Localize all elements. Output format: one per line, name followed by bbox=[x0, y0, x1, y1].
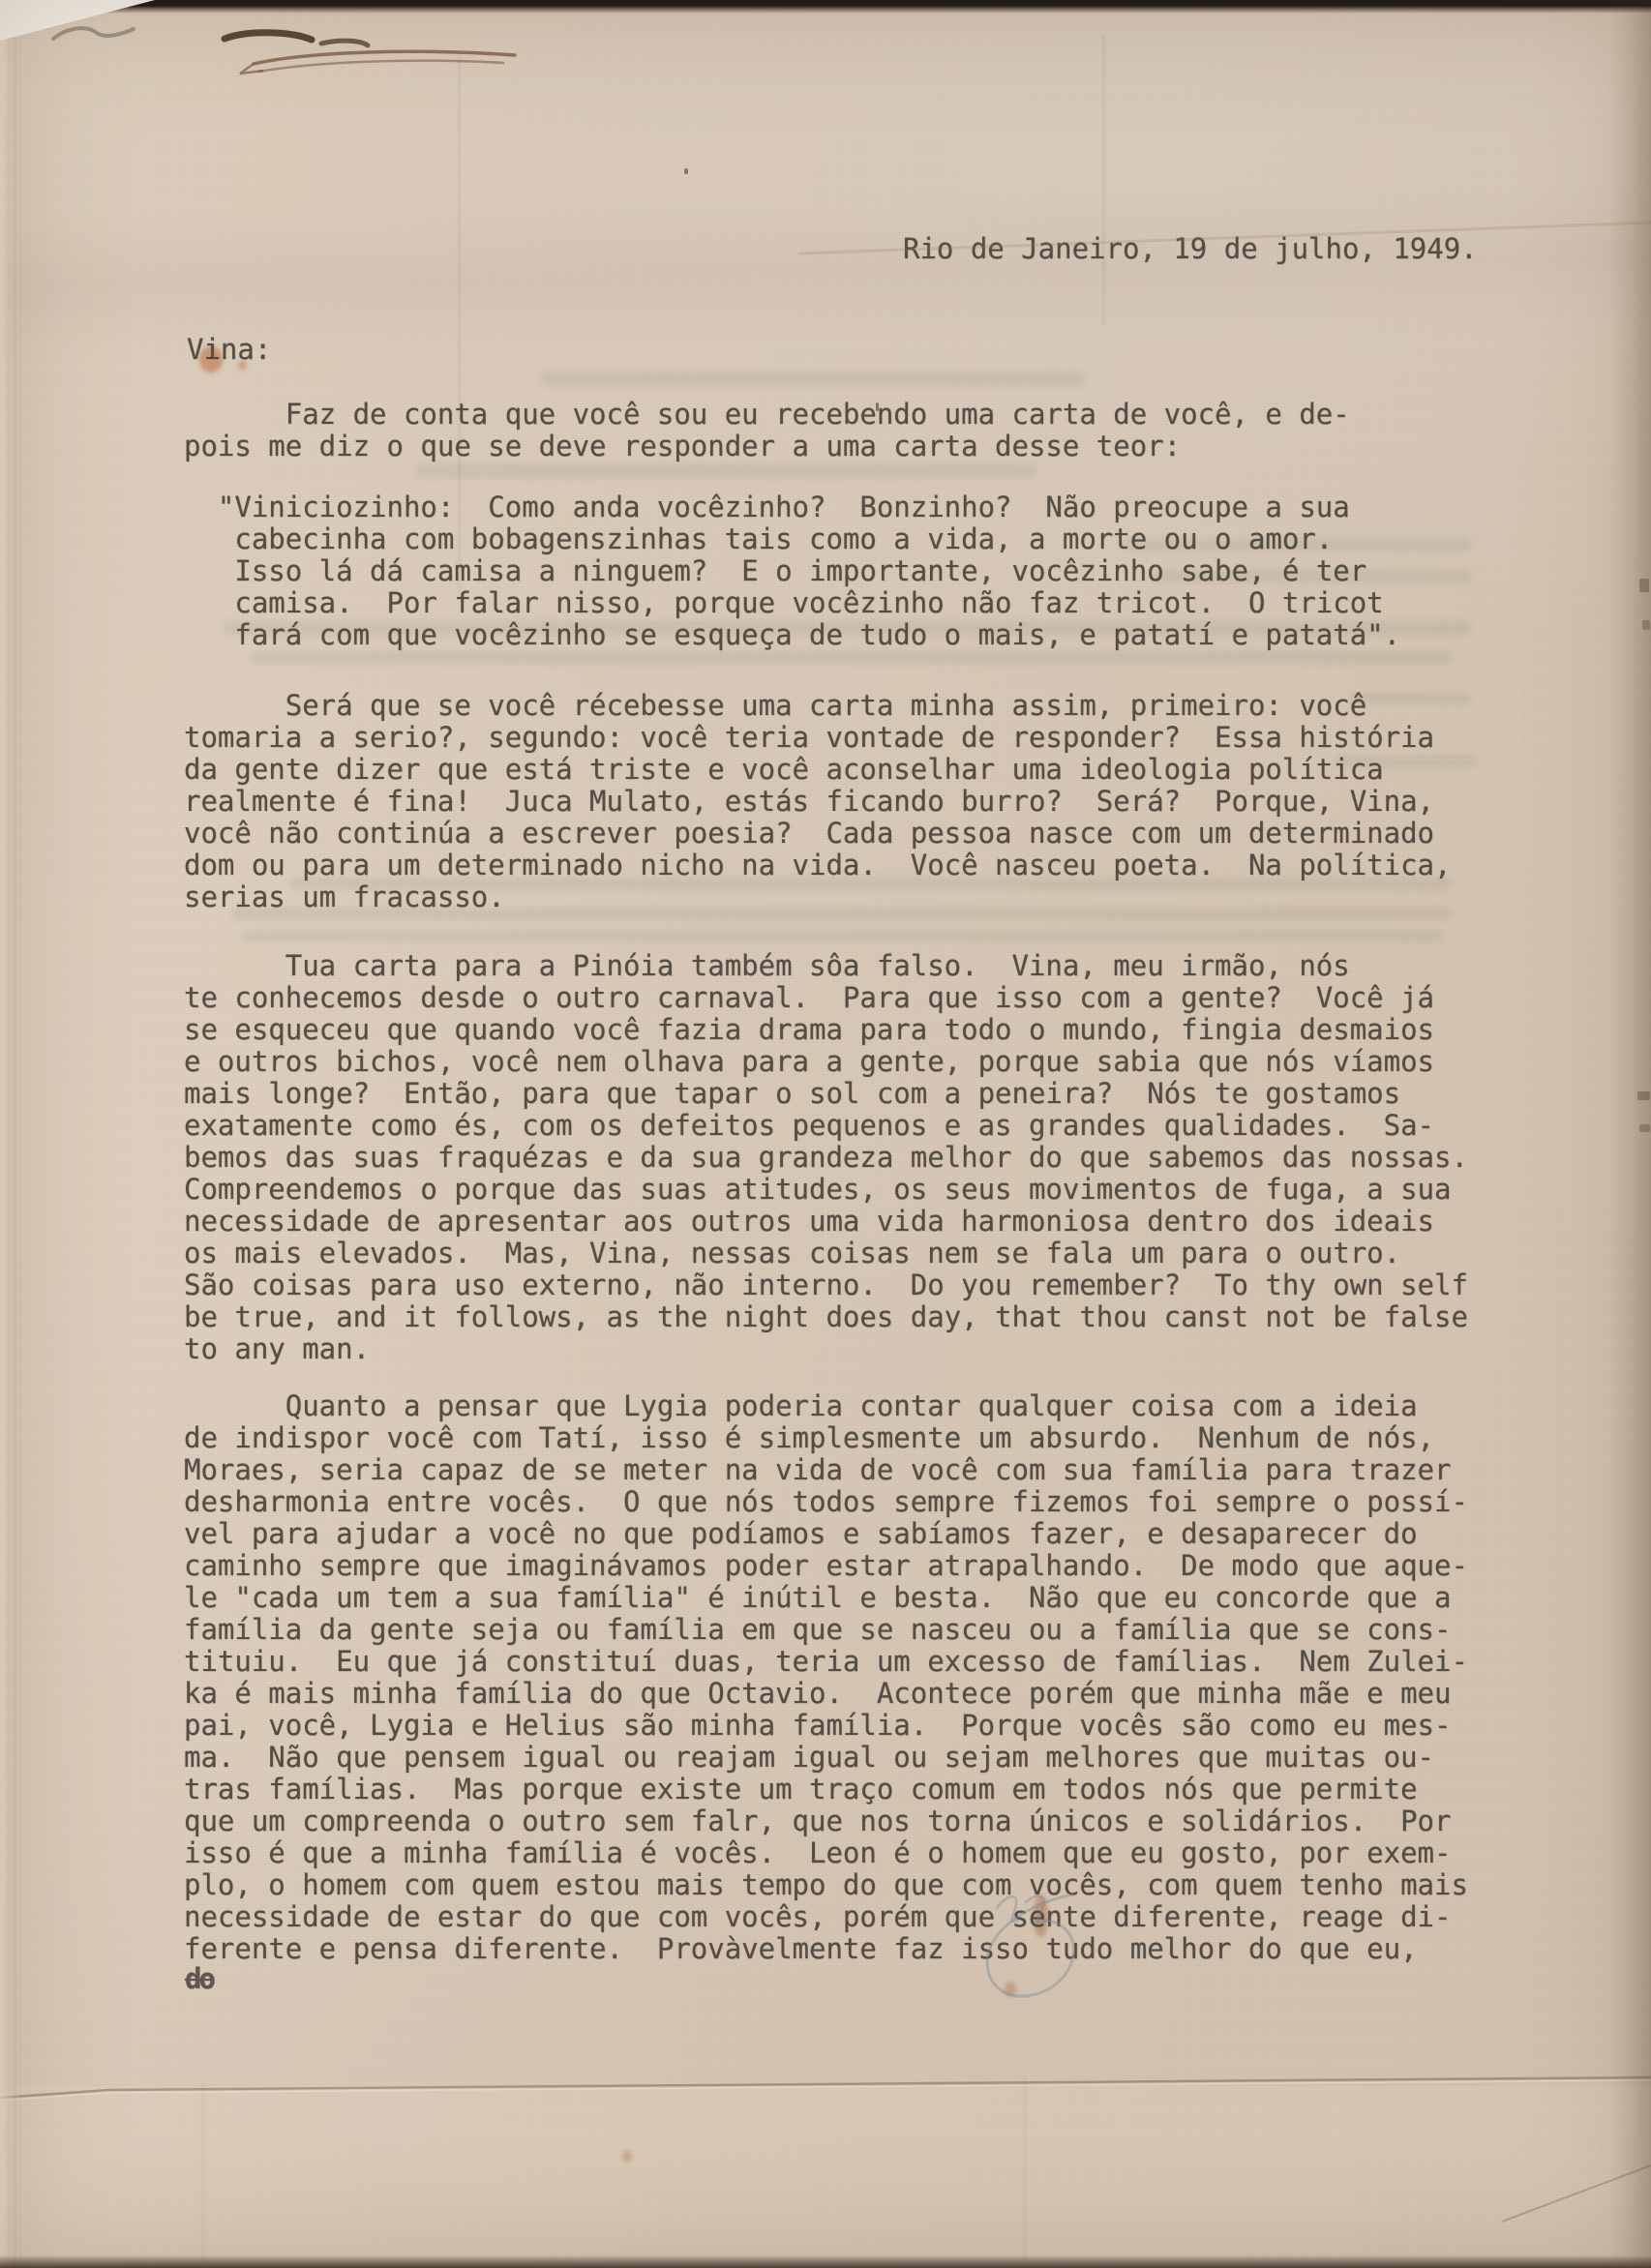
vertical-crease bbox=[1102, 35, 1105, 325]
quoted-letter-block: "Viniciozinho: Como anda vocêzinho? Bonz… bbox=[184, 492, 1400, 651]
bottom-fold-region bbox=[0, 2086, 1651, 2256]
dateline: Rio de Janeiro, 19 de julho, 1949. bbox=[903, 233, 1478, 265]
salutation: Vina: bbox=[187, 334, 271, 366]
overstruck-characters: do bbox=[185, 1963, 213, 1995]
paragraph-3: Tua carta para a Pinóia também sôa falso… bbox=[184, 950, 1468, 1365]
scan-edge-shadow-right bbox=[1608, 0, 1651, 2268]
scan-edge-left bbox=[0, 0, 21, 2268]
scan-edge-bottom bbox=[0, 2255, 1651, 2268]
paragraph-1: Faz de conta que você sou eu recebendo u… bbox=[184, 399, 1350, 463]
paragraph-4: Quanto a pensar que Lygia poderia contar… bbox=[184, 1390, 1468, 1965]
scanned-letter-page: Rio de Janeiro, 19 de julho, 1949. Vina:… bbox=[0, 0, 1651, 2268]
paragraph-2: Será que se você récebesse uma carta min… bbox=[184, 690, 1451, 913]
scan-edge-top bbox=[0, 0, 1651, 14]
ink-speck bbox=[684, 168, 688, 174]
